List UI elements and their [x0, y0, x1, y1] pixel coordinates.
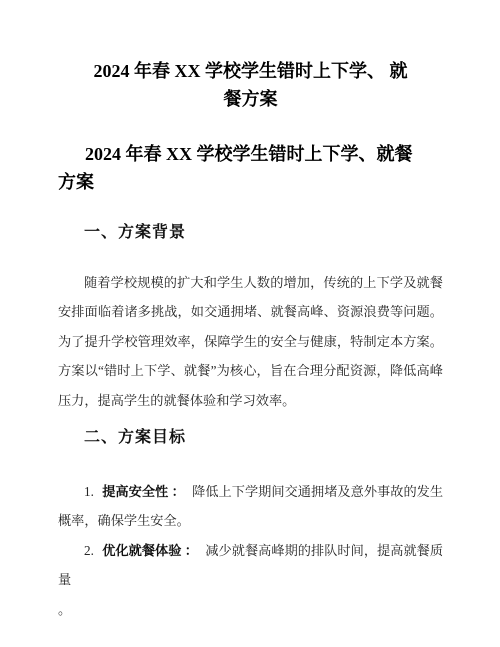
goal-item-1: 1. 提高安全性 ： 降低上下学期间交通拥堵及意外事故的发生概率，确保学生安全。	[58, 477, 443, 536]
section-2-heading: 二、方案目标	[58, 423, 443, 453]
document-page: 2024 年春 XX 学校学生错时上下学、 就 餐方案 2024 年春 XX 学…	[0, 0, 500, 647]
section-1-heading: 一、方案背景	[58, 218, 443, 248]
section-1-paragraph: 随着学校规模的扩大和学生人数的增加，传统的上下学及就餐安排面临着诸多挑战，如交通…	[58, 268, 443, 416]
subtitle: 2024 年春 XX 学校学生错时上下学、就餐 方案	[58, 140, 443, 196]
goal-item-2: 2. 优化就餐体验 ： 减少就餐高峰期的排队时间，提高就餐质量	[58, 536, 443, 595]
goal-list: 1. 提高安全性 ： 降低上下学期间交通拥堵及意外事故的发生概率，确保学生安全。…	[58, 477, 443, 625]
subtitle-line-2: 方案	[58, 168, 443, 196]
goal-2-number: 2.	[84, 543, 94, 558]
subtitle-line-1: 2024 年春 XX 学校学生错时上下学、就餐	[58, 140, 443, 168]
trailing-period: 。	[58, 595, 443, 625]
goal-1-label: 提高安全性	[102, 484, 168, 499]
goal-1-number: 1.	[84, 484, 94, 499]
main-title-line-2: 餐方案	[58, 85, 443, 113]
main-title: 2024 年春 XX 学校学生错时上下学、 就 餐方案	[58, 0, 443, 113]
goal-2-label: 优化就餐体验	[102, 543, 181, 558]
goal-2-colon: ：	[185, 543, 198, 558]
goal-1-colon: ：	[172, 484, 185, 499]
document-content: 2024 年春 XX 学校学生错时上下学、 就 餐方案 2024 年春 XX 学…	[58, 0, 443, 624]
main-title-line-1: 2024 年春 XX 学校学生错时上下学、 就	[58, 57, 443, 85]
